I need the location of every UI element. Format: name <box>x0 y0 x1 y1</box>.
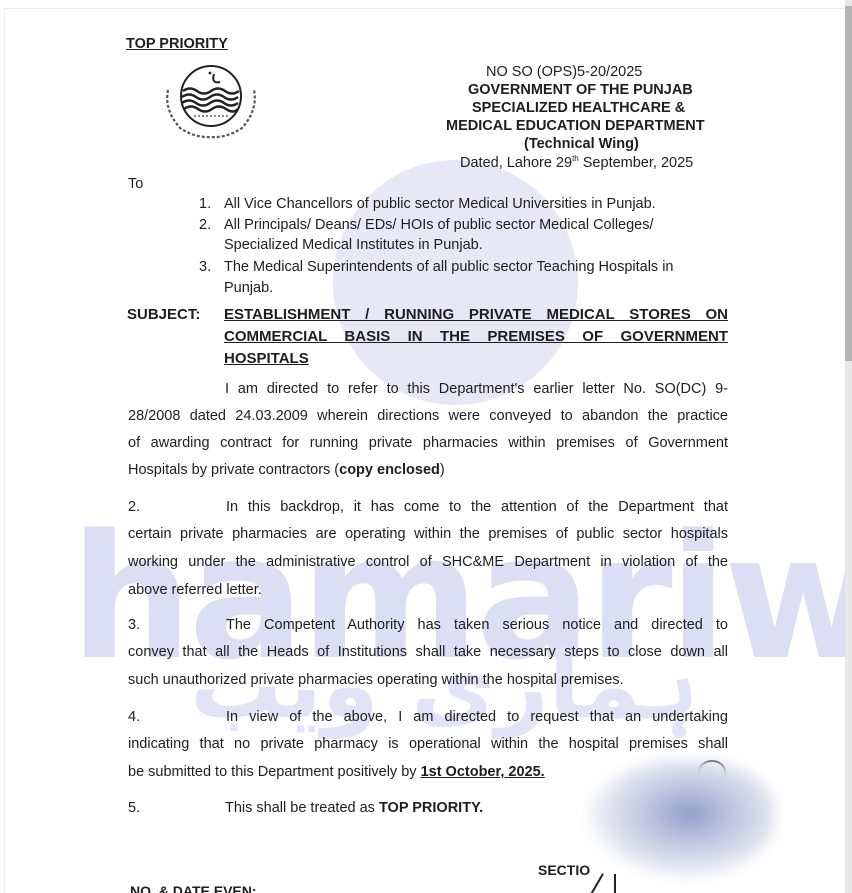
para1-line1: I am directed to refer to this Departmen… <box>225 382 728 397</box>
para2-line4: above referred letter. <box>128 583 262 598</box>
addressee-num-1: 1. <box>199 197 211 212</box>
subject-label: SUBJECT: <box>127 307 200 322</box>
org-name-line1: GOVERNMENT OF THE PUNJAB <box>468 83 693 98</box>
wing-name: (Technical Wing) <box>524 137 639 152</box>
para4-line2: indicating that no private pharmacy is o… <box>128 737 728 752</box>
addressee-2-line1: All Principals/ Deans/ EDs/ HOIs of publ… <box>224 218 654 233</box>
para5-text: This shall be treated as TOP PRIORITY. <box>225 801 483 816</box>
para4-num: 4. <box>128 710 140 725</box>
dated-suffix: September, 2025 <box>579 155 693 171</box>
section-officer-label: SECTIO <box>538 863 590 877</box>
addressee-3-line2: Punjab. <box>224 281 273 296</box>
para5-prefix: This shall be treated as <box>225 800 379 816</box>
para1-line3: of awarding contract for running private… <box>128 436 728 451</box>
deadline-date: 1st October, 2025. <box>421 764 545 780</box>
para2-line2: certain private pharmacies are operating… <box>128 527 728 542</box>
para1-line4: Hospitals by private contractors (copy e… <box>128 463 445 478</box>
org-name-line3: MEDICAL EDUCATION DEPARTMENT <box>446 119 705 134</box>
para3-line3: such unauthorized private pharmacies ope… <box>128 673 624 688</box>
page-edge <box>4 8 5 893</box>
para2-line3: working under the administrative control… <box>128 555 728 570</box>
vertical-scrollbar-thumb[interactable] <box>845 6 852 361</box>
document-page: hamariweb ہماری ویب TOP PRIORITY NO SO (… <box>0 0 845 893</box>
copy-enclosed: copy enclosed <box>339 462 440 478</box>
no-date-even-label: NO. & DATE EVEN: <box>130 884 257 893</box>
subject-line1: ESTABLISHMENT / RUNNING PRIVATE MEDICAL … <box>224 307 728 322</box>
dated-sup: th <box>572 154 579 163</box>
subject-line2: COMMERCIAL BASIS IN THE PREMISES OF GOVE… <box>224 329 728 344</box>
addressee-1: All Vice Chancellors of public sector Me… <box>224 197 656 212</box>
para5-num: 5. <box>128 801 140 816</box>
addressee-2-line2: Specialized Medical Institutes in Punjab… <box>224 238 483 253</box>
addressee-num-2: 2. <box>199 218 211 233</box>
blurred-signature <box>585 760 775 880</box>
to-label: To <box>128 177 143 192</box>
subject-line3: HOSPITALS <box>224 351 309 366</box>
top-priority-emphasis: TOP PRIORITY. <box>379 800 483 816</box>
para4-line1: In view of the above, I am directed to r… <box>226 710 728 725</box>
signature-stroke <box>614 874 616 893</box>
para3-num: 3. <box>128 618 140 633</box>
para3-line2: convey that all the Heads of Institution… <box>128 645 728 660</box>
para1-line4-prefix: Hospitals by private contractors ( <box>128 462 339 478</box>
addressee-num-3: 3. <box>199 260 211 275</box>
para3-line1: The Competent Authority has taken seriou… <box>226 618 728 633</box>
org-name-line2: SPECIALIZED HEALTHCARE & <box>472 101 685 116</box>
para1-line2: 28/2008 dated 24.03.2009 wherein directi… <box>128 409 728 424</box>
para4-line3-prefix: be submitted to this Department positive… <box>128 764 421 780</box>
dated-line: Dated, Lahore 29th September, 2025 <box>460 155 693 170</box>
page-edge <box>4 8 844 9</box>
signature-stroke <box>590 873 603 893</box>
dated-prefix: Dated, Lahore 29 <box>460 155 572 171</box>
priority-label: TOP PRIORITY <box>126 37 228 52</box>
para4-line3: be submitted to this Department positive… <box>128 765 545 780</box>
para2-num: 2. <box>128 500 140 515</box>
punjab-emblem-icon <box>158 60 264 140</box>
letter-number: NO SO (OPS)5-20/2025 <box>486 65 642 80</box>
para2-line1: In this backdrop, it has come to the att… <box>226 500 728 515</box>
addressee-3-line1: The Medical Superintendents of all publi… <box>224 260 674 275</box>
para1-line4-suffix: ) <box>440 462 445 478</box>
